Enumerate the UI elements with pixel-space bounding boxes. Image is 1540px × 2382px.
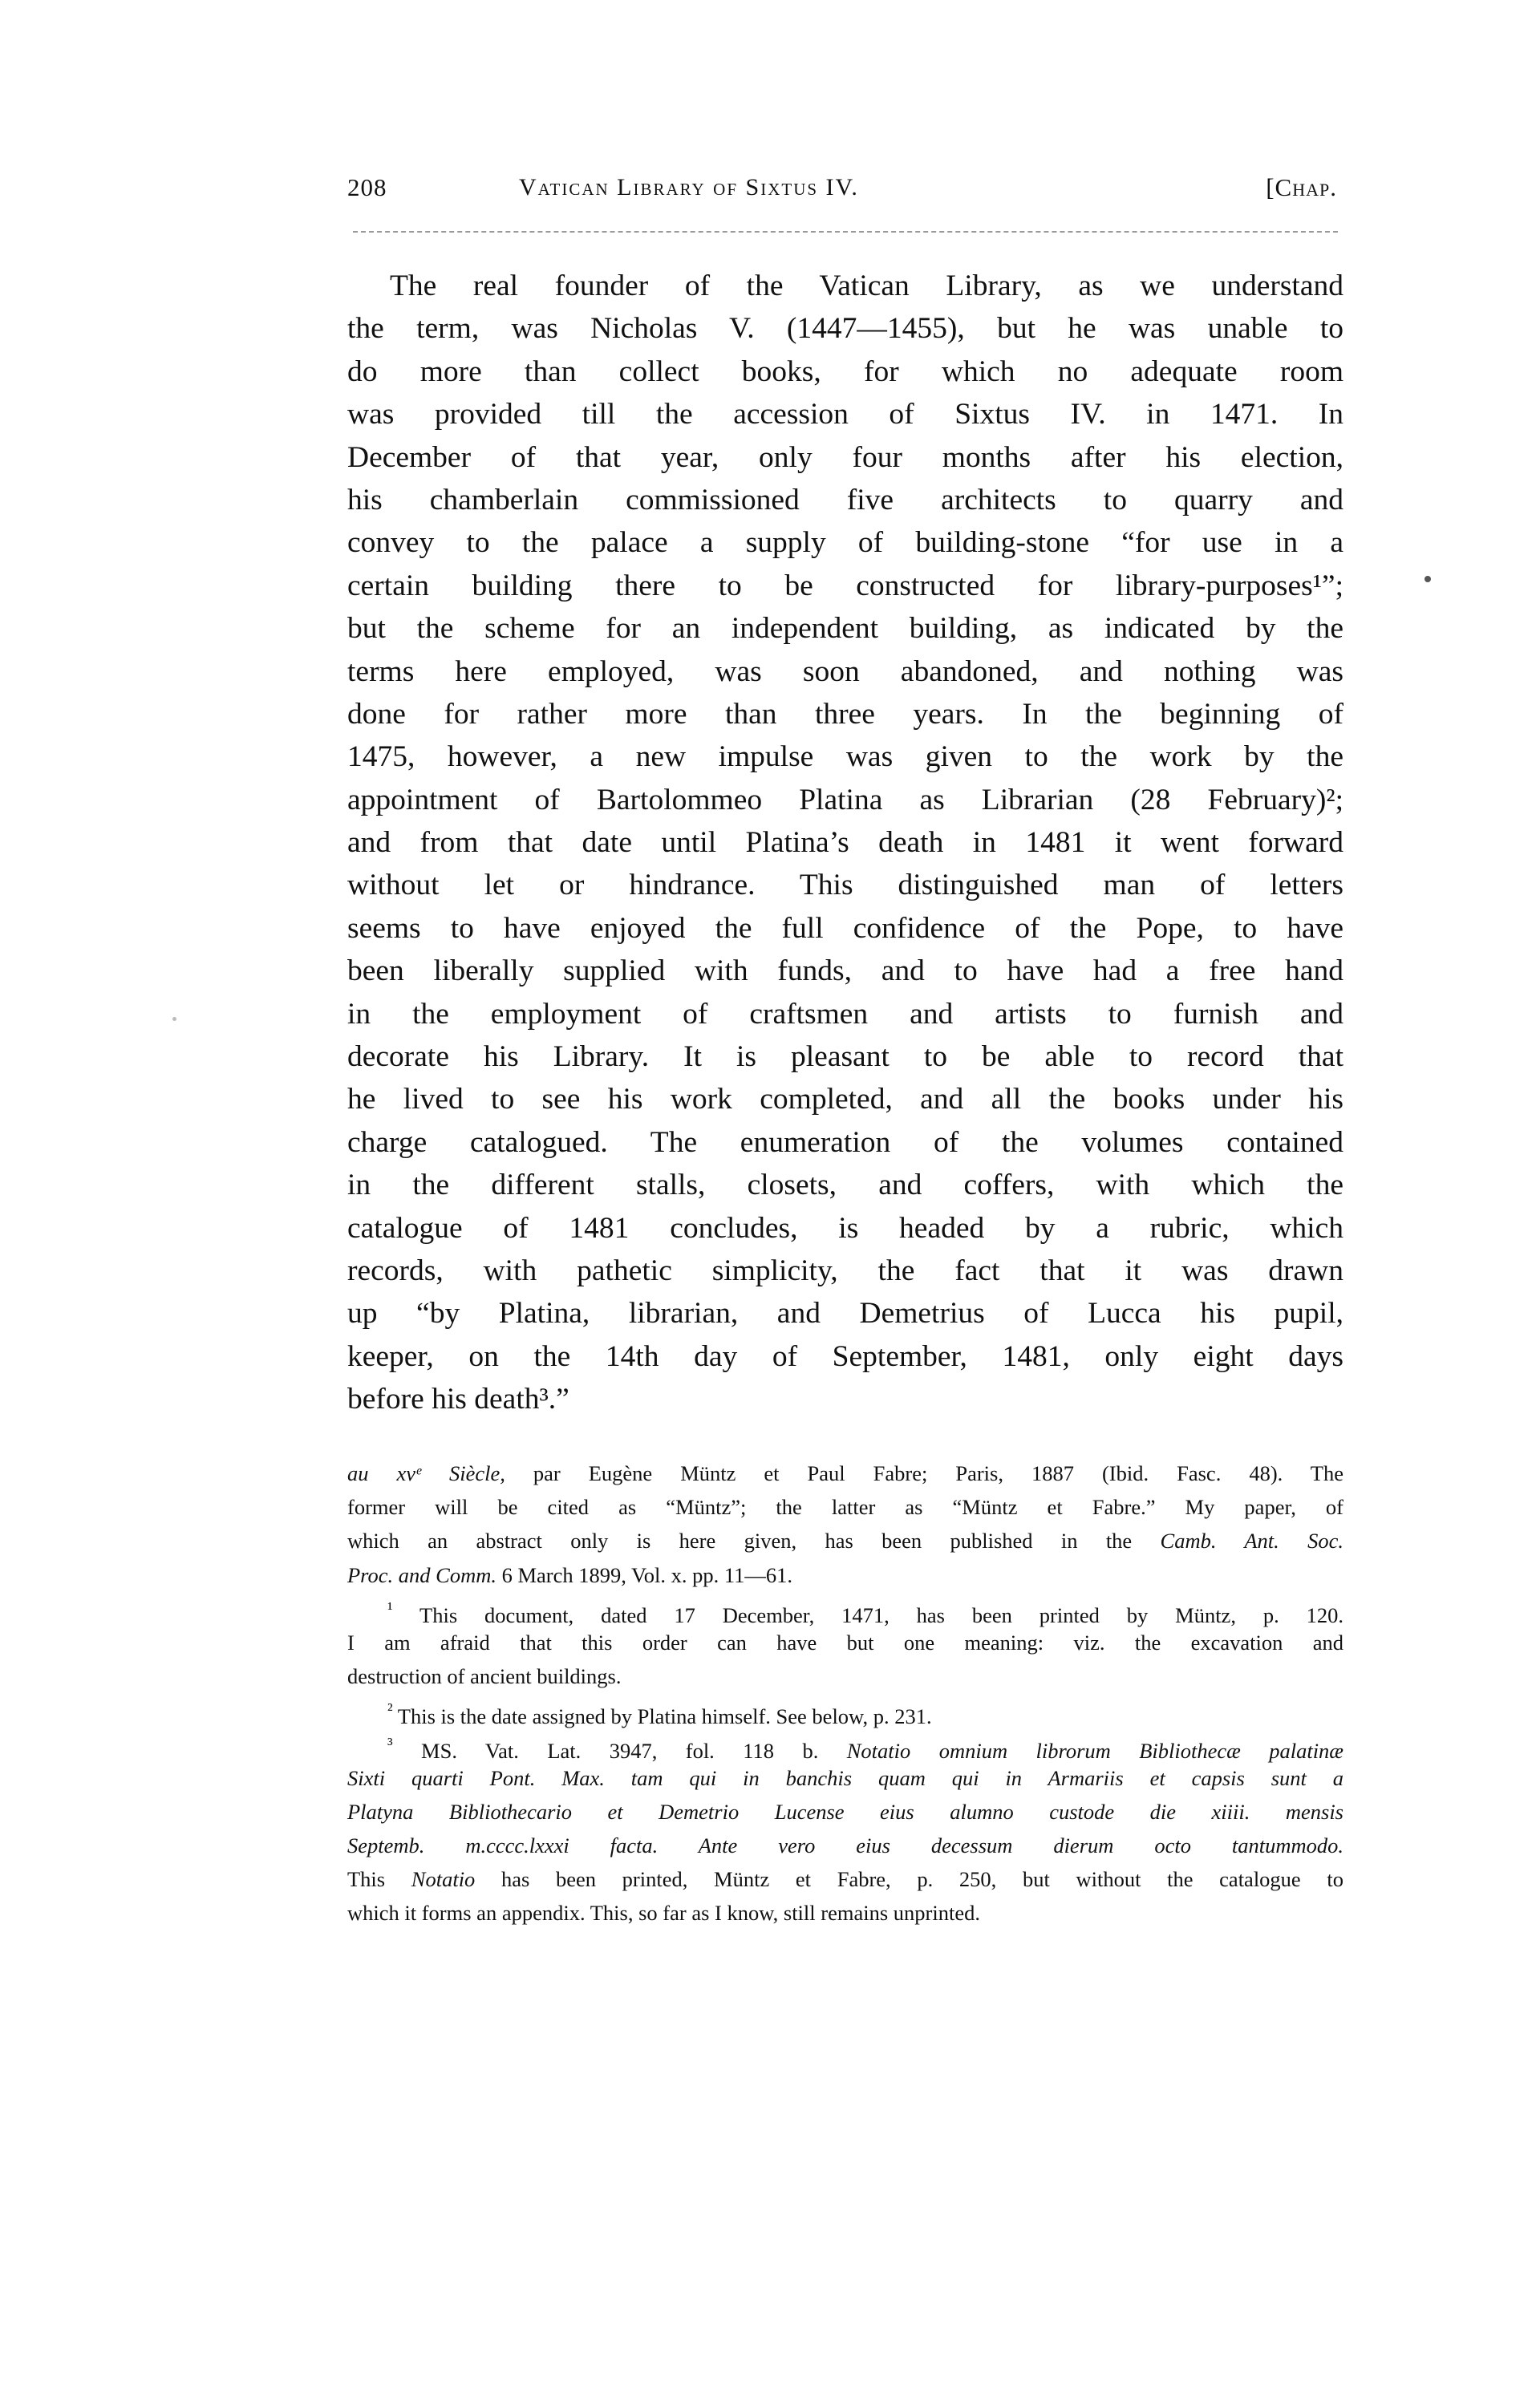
footnote-line: au xvᵉ Siècle, par Eugène Müntz et Paul … [347, 1456, 1343, 1490]
running-title: Vatican Library of Sixtus IV. [519, 170, 859, 205]
running-head: 208 Vatican Library of Sixtus IV. [Chap. [347, 170, 1342, 205]
footnote-line: Platyna Bibliothecario et Demetrio Lucen… [347, 1795, 1343, 1829]
footnote-line: Septemb. m.cccc.lxxxi facta. Ante vero e… [347, 1829, 1343, 1862]
body-line: The real founder of the Vatican Library,… [347, 265, 1343, 307]
body-line: certain building there to be constructed… [347, 565, 1343, 607]
body-line: keeper, on the 14th day of September, 14… [347, 1335, 1343, 1378]
footnote-marker: ³ [387, 1734, 393, 1754]
page-number: 208 [347, 170, 387, 205]
body-line: appointment of Bartolommeo Platina as Li… [347, 779, 1343, 821]
footnote-marker: ¹ [387, 1598, 393, 1618]
footnote-line: Sixti quarti Pont. Max. tam qui in banch… [347, 1761, 1343, 1795]
footnote-marker: ² [387, 1699, 393, 1720]
body-line: been liberally supplied with funds, and … [347, 950, 1343, 992]
body-line: in the different stalls, closets, and co… [347, 1164, 1343, 1206]
italic-text: Proc. and Comm. [347, 1563, 496, 1587]
footnote-line: This Notatio has been printed, Müntz et … [347, 1862, 1343, 1896]
chapter-marker: [Chap. [1266, 170, 1337, 205]
body-line: done for rather more than three years. I… [347, 693, 1343, 735]
body-line: in the employment of craftsmen and artis… [347, 993, 1343, 1035]
body-line: December of that year, only four months … [347, 436, 1343, 479]
body-line: charge catalogued. The enumeration of th… [347, 1121, 1343, 1164]
body-line: catalogue of 1481 concludes, is headed b… [347, 1207, 1343, 1250]
italic-text: au xvᵉ Siècle, [347, 1461, 505, 1485]
body-line: and from that date until Platina’s death… [347, 821, 1343, 864]
italic-text: Septemb. m.cccc.lxxxi facta. Ante vero e… [347, 1833, 1343, 1857]
margin-speck [1424, 576, 1431, 582]
margin-speck [172, 1017, 176, 1021]
main-paragraph: The real founder of the Vatican Library,… [347, 265, 1343, 1421]
italic-text: Notatio [411, 1867, 476, 1891]
footnote-line: destruction of ancient buildings. [347, 1659, 1343, 1693]
italic-text: Platyna Bibliothecario et Demetrio Lucen… [347, 1800, 1343, 1824]
footnote-line: Proc. and Comm. 6 March 1899, Vol. x. pp… [347, 1558, 1343, 1592]
body-line: up “by Platina, librarian, and Demetrius… [347, 1292, 1343, 1335]
body-line: seems to have enjoyed the full confidenc… [347, 907, 1343, 950]
footnote-line: former will be cited as “Müntz”; the lat… [347, 1490, 1343, 1524]
body-line: convey to the palace a supply of buildin… [347, 521, 1343, 564]
footnotes: au xvᵉ Siècle, par Eugène Müntz et Paul … [347, 1456, 1343, 1930]
body-line: do more than collect books, for which no… [347, 350, 1343, 393]
body-line: but the scheme for an independent buildi… [347, 607, 1343, 650]
italic-text: Sixti quarti Pont. Max. tam qui in banch… [347, 1766, 1343, 1790]
body-line: was provided till the accession of Sixtu… [347, 393, 1343, 435]
body-line: 1475, however, a new impulse was given t… [347, 735, 1343, 778]
footnote-1: ¹ This document, dated 17 December, 1471… [347, 1592, 1343, 1626]
italic-text: Notatio omnium librorum Bibliothecæ pala… [847, 1738, 1343, 1762]
body-line: records, with pathetic simplicity, the f… [347, 1250, 1343, 1292]
book-page: 208 Vatican Library of Sixtus IV. [Chap.… [0, 0, 1540, 2382]
footnote-3: ³ MS. Vat. Lat. 3947, fol. 118 b. Notati… [347, 1728, 1343, 1761]
footnote-line: which an abstract only is here given, ha… [347, 1524, 1343, 1558]
body-line: his chamberlain commissioned five archit… [347, 479, 1343, 521]
body-line: decorate his Library. It is pleasant to … [347, 1035, 1343, 1078]
header-rule [353, 231, 1338, 233]
footnote-line: which it forms an appendix. This, so far… [347, 1896, 1343, 1930]
body-line: before his death³.” [347, 1378, 1343, 1420]
body-line: the term, was Nicholas V. (1447—1455), b… [347, 307, 1343, 350]
footnote-2: ² This is the date assigned by Platina h… [347, 1693, 1343, 1727]
body-line: terms here employed, was soon abandoned,… [347, 650, 1343, 693]
italic-text: Camb. Ant. Soc. [1161, 1529, 1343, 1553]
body-line: he lived to see his work completed, and … [347, 1078, 1343, 1120]
body-line: without let or hindrance. This distingui… [347, 864, 1343, 906]
footnote-line: I am afraid that this order can have but… [347, 1626, 1343, 1659]
